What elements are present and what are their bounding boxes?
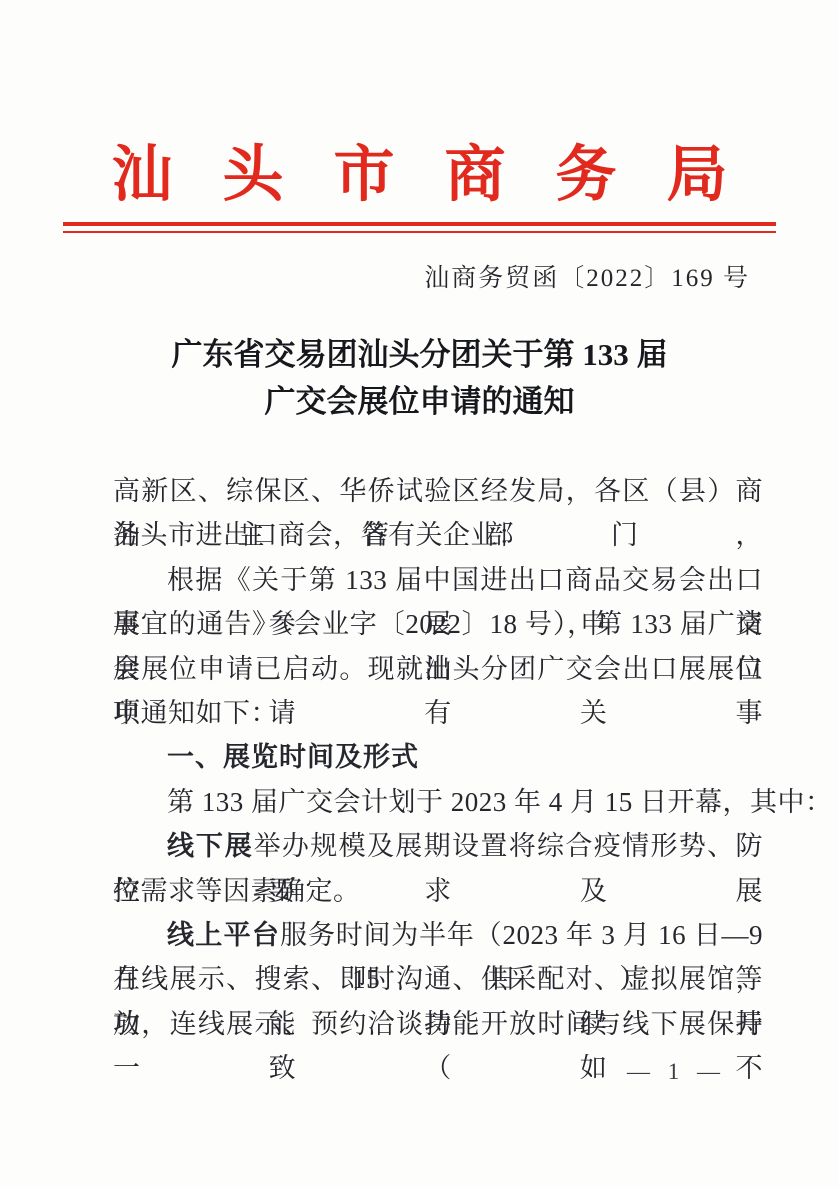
page-number: — 1 — — [627, 1059, 726, 1085]
body-line: 线下展举办规模及展期设置将综合疫情形势、防控要求及展 — [113, 824, 763, 868]
document-title-line-2: 广交会展位申请的通知 — [0, 378, 839, 425]
document-page: 汕头市商务局 汕商务贸函〔2022〕169 号 广东省交易团汕头分团关于第 13… — [0, 0, 839, 1189]
body-text: 第 133 届广交会计划于 2023 年 4 月 15 日开幕，其中： — [167, 787, 833, 817]
letterhead-rule-thin — [63, 231, 776, 233]
body-line: 展展位申请已启动。现就汕头分团广交会出口展展位申请有关事 — [113, 647, 763, 691]
body-line: 一、展览时间及形式 — [113, 735, 763, 779]
body-text: 汕头市进出口商会，各有关企业： — [113, 520, 526, 550]
document-title-line-1: 广东省交易团汕头分团关于第 133 届 — [0, 331, 839, 378]
body-text-emphasis: 一、展览时间及形式 — [167, 742, 419, 772]
body-line: 在线展示、搜索、即时沟通、供采配对、虚拟展馆等功能持续开 — [113, 957, 763, 1001]
document-reference-number: 汕商务贸函〔2022〕169 号 — [424, 258, 750, 294]
body-line: 根据《关于第 133 届中国进出口商品交易会出口展参展申请 — [113, 558, 763, 602]
document-title: 广东省交易团汕头分团关于第 133 届 广交会展位申请的通知 — [0, 331, 839, 425]
body-line: 事宜的通告》（会业字〔2022〕18 号），第 133 届广交会出口 — [113, 602, 763, 646]
body-line: 线上平台服务时间为半年（2023 年 3 月 16 日—9 月 15 日）， — [113, 913, 763, 957]
body-line: 放，连线展示、预约洽谈功能开放时间与线下展保持一致（如不 — [113, 1002, 763, 1046]
body-text-emphasis: 线上平台 — [167, 920, 280, 950]
body-line: 高新区、综保区、华侨试验区经发局，各区（县）商务主管部门， — [113, 469, 763, 513]
letterhead-rule-thick — [63, 222, 776, 226]
body-line: 第 133 届广交会计划于 2023 年 4 月 15 日开幕，其中： — [113, 780, 763, 824]
letterhead-agency-name: 汕头市商务局 — [0, 126, 839, 213]
document-body: 高新区、综保区、华侨试验区经发局，各区（县）商务主管部门，汕头市进出口商会，各有… — [113, 469, 763, 1046]
body-text: 项通知如下： — [113, 698, 278, 728]
body-text-emphasis: 线下展 — [167, 831, 254, 861]
body-text: 位需求等因素确定。 — [113, 876, 361, 906]
